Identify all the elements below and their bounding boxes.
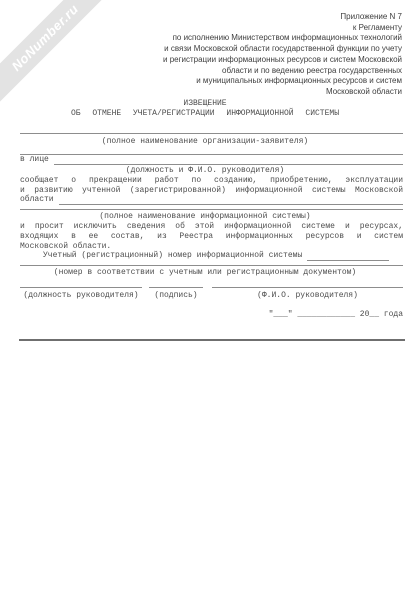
system-name-blank-line bbox=[59, 196, 403, 205]
in-person-label: в лице bbox=[20, 155, 49, 165]
date-line: "___" ____________ 20__ года bbox=[20, 310, 403, 320]
watermark-text: NoNumber.ru bbox=[9, 1, 82, 74]
sig-position-caption: (должность руководителя) bbox=[20, 291, 142, 301]
org-name-blank-line-2 bbox=[20, 154, 403, 155]
in-person-row: в лице bbox=[20, 156, 403, 165]
doc-subtitle: ОБ ОТМЕНЕ УЧЕТА/РЕГИСТРАЦИИ ИНФОРМАЦИОНН… bbox=[20, 109, 390, 119]
sig-name-caption: (Ф.И.О. руководителя) bbox=[212, 291, 403, 301]
reg-number-row: Учетный (регистрационный) номер информац… bbox=[20, 252, 389, 261]
oblast-label: области bbox=[20, 195, 54, 205]
sig-position-line bbox=[20, 287, 142, 288]
header-line: и регистрации информационных ресурсов и … bbox=[163, 55, 402, 66]
doc-title: ИЗВЕЩЕНИЕ bbox=[20, 99, 390, 109]
bottom-separator bbox=[19, 339, 405, 341]
sig-name-line bbox=[212, 287, 403, 288]
org-name-caption: (полное наименование организации-заявите… bbox=[20, 137, 390, 147]
system-name-caption: (полное наименование информационной сист… bbox=[20, 212, 390, 222]
sig-signature-line bbox=[149, 287, 203, 288]
sig-signature-caption: (подпись) bbox=[149, 291, 203, 301]
document-page: NoNumber.ru Приложение N 7 к Регламенту … bbox=[0, 0, 420, 600]
oblast-row: области bbox=[20, 196, 403, 205]
body-text-line: и просит исключить сведения об этой инфо… bbox=[20, 222, 403, 232]
header-line: и муниципальных информационных ресурсов … bbox=[163, 76, 402, 87]
head-of-org-caption: (должность и Ф.И.О. руководителя) bbox=[20, 166, 390, 176]
reg-number-label: Учетный (регистрационный) номер информац… bbox=[20, 251, 302, 261]
header-line: Московской области bbox=[163, 87, 402, 98]
reg-number-blank-line bbox=[307, 252, 389, 261]
reg-number-blank-line-2 bbox=[20, 265, 403, 266]
body-text-line: входящих в ее состав, из Реестра информа… bbox=[20, 232, 403, 242]
body-text-line: и развитию учтенной (зарегистрированной)… bbox=[20, 186, 403, 196]
header-line: области и по ведению реестра государстве… bbox=[163, 66, 402, 77]
header-line: к Регламенту bbox=[163, 23, 402, 34]
system-name-blank-line-2 bbox=[20, 209, 403, 210]
body-text-line: сообщает о прекращении работ по созданию… bbox=[20, 176, 403, 186]
header-line: и связи Московской области государственн… bbox=[163, 44, 402, 55]
reg-number-caption: (номер в соответствии с учетным или реги… bbox=[20, 268, 390, 278]
header-block: Приложение N 7 к Регламенту по исполнени… bbox=[163, 12, 402, 98]
org-name-blank-line bbox=[20, 133, 403, 134]
in-person-blank-line bbox=[54, 156, 403, 165]
header-line: Приложение N 7 bbox=[163, 12, 402, 23]
header-line: по исполнению Министерством информационн… bbox=[163, 33, 402, 44]
